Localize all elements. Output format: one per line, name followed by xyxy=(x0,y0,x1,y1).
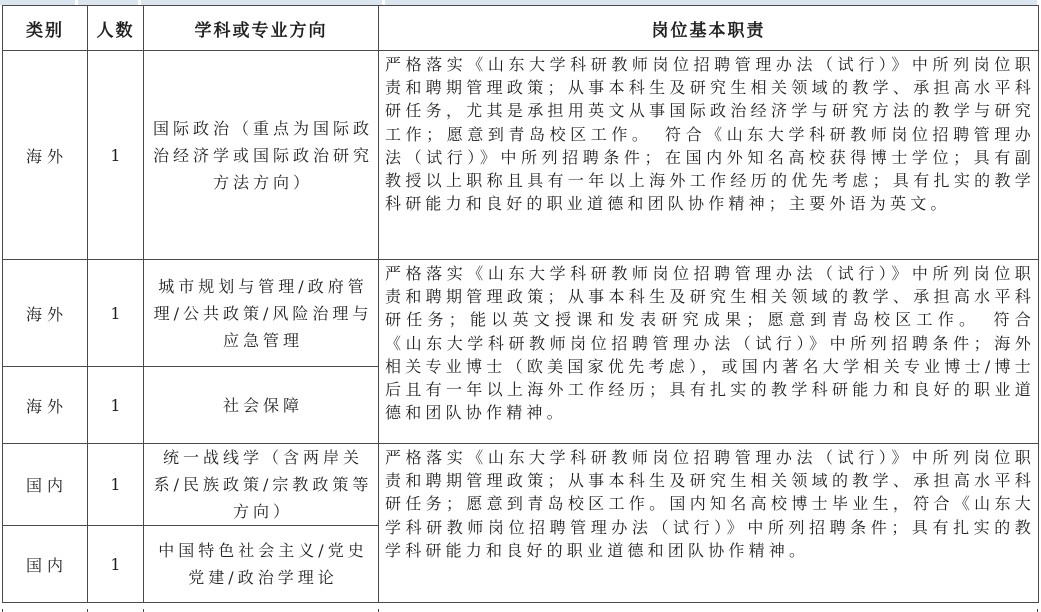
discipline-cell: 国际政治（重点为国际政治经济学或国际政治研究方法方向） xyxy=(144,51,379,260)
category-cell: 海外 xyxy=(3,367,88,444)
category-cell: 国内 xyxy=(3,444,88,526)
header-category: 类别 xyxy=(3,6,88,51)
category-cell: 海外 xyxy=(3,51,88,260)
table-row: 海外 1 国际政治（重点为国际政治经济学或国际政治研究方法方向） 严格落实《山东… xyxy=(3,51,1039,260)
category-cell: 海外 xyxy=(3,260,88,367)
table-row: 海外 1 城市规划与管理/政府管理/公共政策/风险治理与应急管理 严格落实《山东… xyxy=(3,260,1039,367)
category-cell: 国内 xyxy=(3,526,88,603)
header-discipline: 学科或专业方向 xyxy=(144,6,379,51)
headcount-cell: 1 xyxy=(88,260,144,367)
discipline-cell: 中国特色社会主义/党史党建/政治学理论 xyxy=(144,526,379,603)
headcount-cell: 1 xyxy=(88,51,144,260)
headcount-cell: 1 xyxy=(88,444,144,526)
duties-cell: 严格落实《山东大学科研教师岗位招聘管理办法（试行）》中所列岗位职责和聘期管理政策… xyxy=(379,51,1039,260)
discipline-cell: 社会保障 xyxy=(144,367,379,444)
header-headcount: 人数 xyxy=(88,6,144,51)
header-duties: 岗位基本职责 xyxy=(379,6,1039,51)
duties-cell-merged: 严格落实《山东大学科研教师岗位招聘管理办法（试行）》中所列岗位职责和聘期管理政策… xyxy=(379,260,1039,444)
headcount-cell: 1 xyxy=(88,367,144,444)
spreadsheet-table-region: 类别 人数 学科或专业方向 岗位基本职责 海外 1 国际政治（重点为国际政治经济… xyxy=(0,0,1041,612)
recruitment-positions-table: 类别 人数 学科或专业方向 岗位基本职责 海外 1 国际政治（重点为国际政治经济… xyxy=(2,5,1039,603)
table-row: 国内 1 统一战线学（含两岸关系/民族政策/宗教政策等方向） 严格落实《山东大学… xyxy=(3,444,1039,526)
duties-cell-merged: 严格落实《山东大学科研教师岗位招聘管理办法（试行）》中所列岗位职责和聘期管理政策… xyxy=(379,444,1039,603)
headcount-cell: 1 xyxy=(88,526,144,603)
header-row: 类别 人数 学科或专业方向 岗位基本职责 xyxy=(3,6,1039,51)
discipline-cell: 统一战线学（含两岸关系/民族政策/宗教政策等方向） xyxy=(144,444,379,526)
discipline-cell: 城市规划与管理/政府管理/公共政策/风险治理与应急管理 xyxy=(144,260,379,367)
